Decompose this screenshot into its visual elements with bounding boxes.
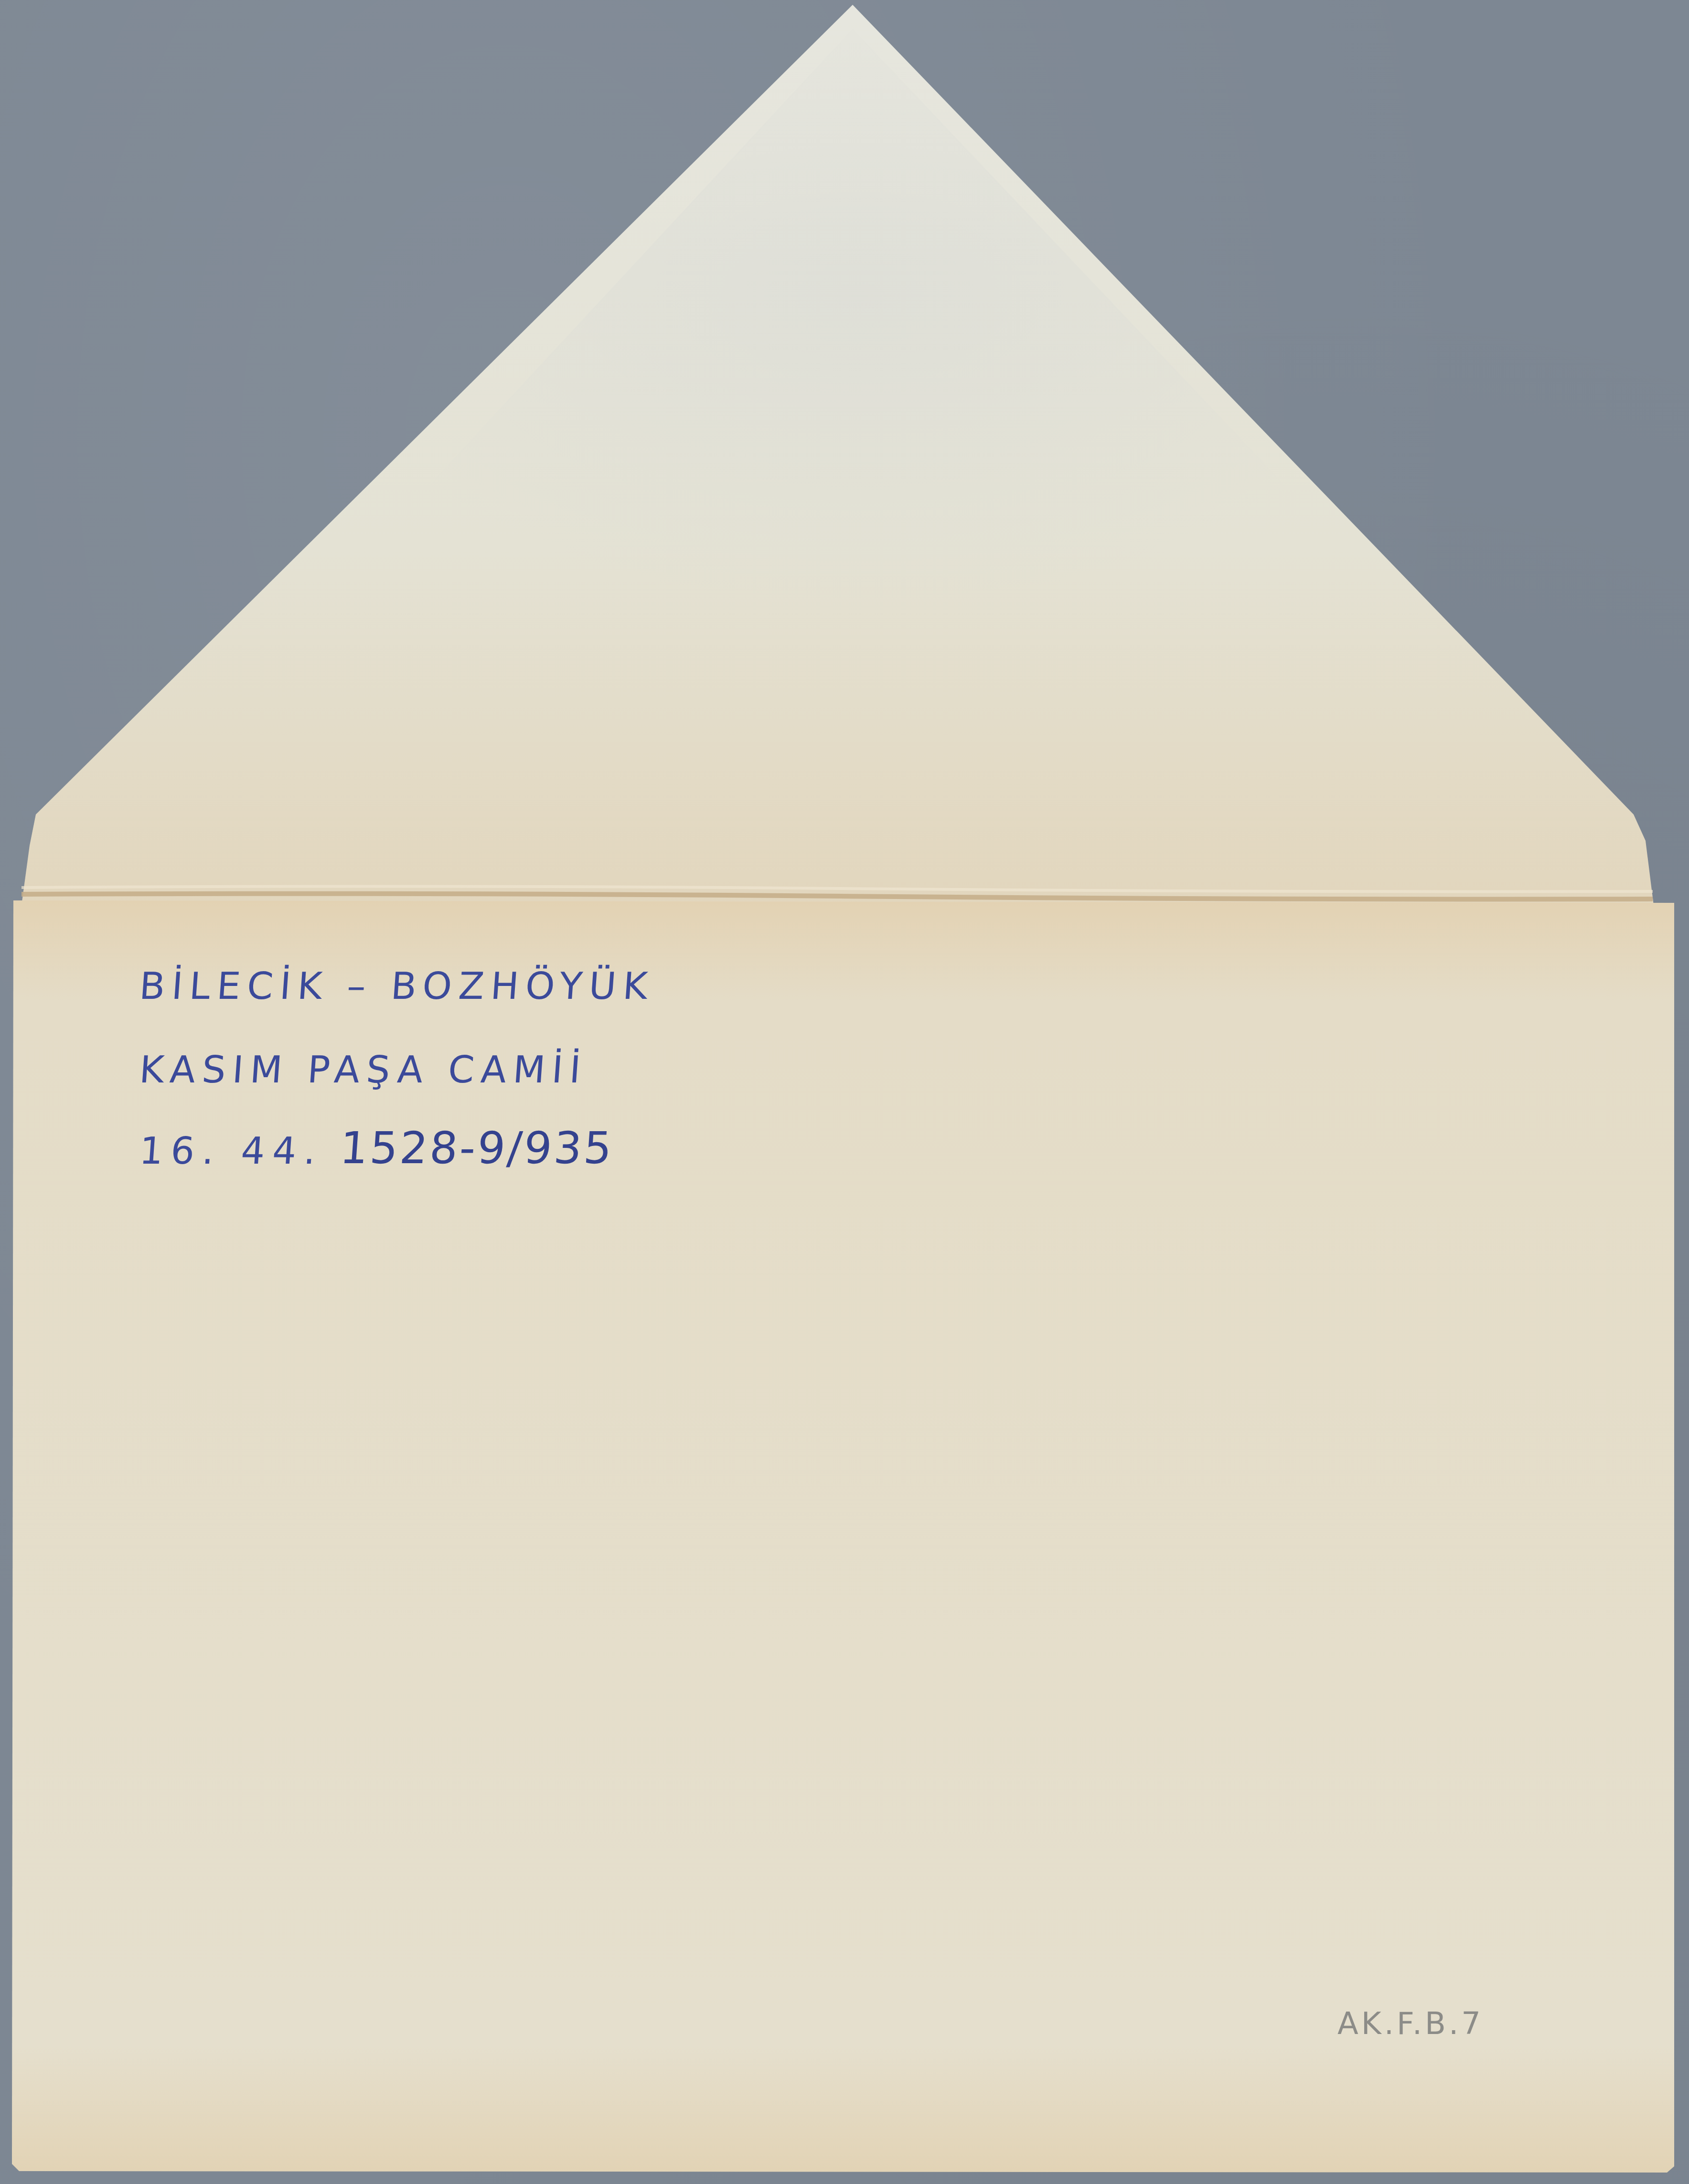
handwritten-dates: 1528-9/935 [338,1123,615,1174]
envelope-graphic [0,0,1689,2184]
handwritten-location: BİLECİK – BOZHÖYÜK [138,965,655,1008]
handwritten-mosque-name: KASIM PAŞA CAMİİ [138,1049,589,1092]
envelope-scan: BİLECİK – BOZHÖYÜK KASIM PAŞA CAMİİ 16. … [0,0,1689,2184]
pencil-archive-code: AK.F.B.7 [1337,2006,1484,2042]
handwritten-reference: 16. 44. [138,1130,325,1173]
